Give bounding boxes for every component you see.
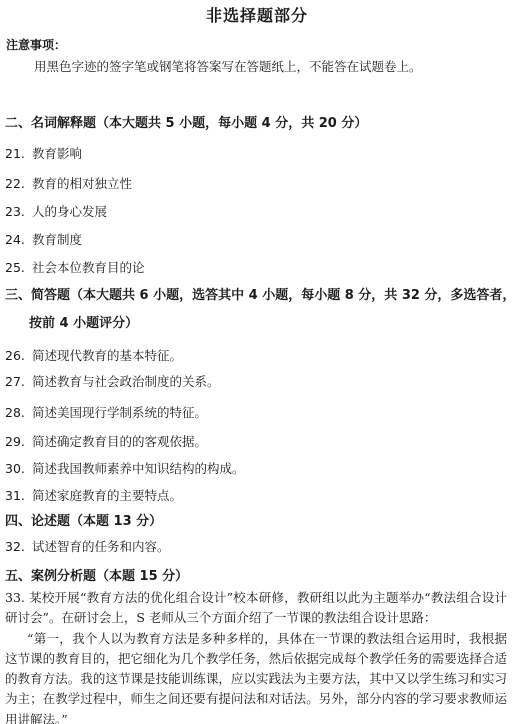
question-text: 简述美国现行学制系统的特征。 xyxy=(32,405,207,420)
question-27: 27.简述教育与社会政治制度的关系。 xyxy=(5,372,220,390)
question-33-case: 33. 某校开展“教育方法的优化组合设计”校本研修，教研组以此为主题举办“教法组… xyxy=(5,588,507,724)
question-text: 教育的相对独立性 xyxy=(32,176,132,191)
question-number: 33. xyxy=(5,590,25,605)
section-heading-2: 二、名词解释题（本大题共 5 小题，每小题 4 分，共 20 分） xyxy=(5,112,367,131)
question-text: 人的身心发展 xyxy=(32,204,107,219)
notice-text: 用黑色字迹的签字笔或钢笔将答案写在答题纸上，不能答在试题卷上。 xyxy=(34,57,422,75)
question-number: 25. xyxy=(5,260,32,275)
question-text: 社会本位教育目的论 xyxy=(32,260,145,275)
section-heading-3: 三、简答题（本大题共 6 小题，选答其中 4 小题，每小题 8 分，共 32 分… xyxy=(5,284,514,303)
question-23: 23.人的身心发展 xyxy=(5,202,107,220)
question-number: 23. xyxy=(5,204,32,219)
question-text: 试述智育的任务和内容。 xyxy=(32,539,170,554)
case-quote-text: “第一，我个人以为教育方法是多种多样的，具体在一节课的教法组合运用时，我根据这节… xyxy=(5,631,507,724)
question-text: 教育影响 xyxy=(32,146,82,161)
case-text: 某校开展“教育方法的优化组合设计”校本研修，教研组以此为主题举办“教法组合设计研… xyxy=(5,590,507,625)
question-text: 简述家庭教育的主要特点。 xyxy=(32,488,182,503)
question-number: 22. xyxy=(5,176,32,191)
question-number: 24. xyxy=(5,232,32,247)
question-text: 简述教育与社会政治制度的关系。 xyxy=(32,374,220,389)
question-number: 29. xyxy=(5,434,32,449)
section-heading-4: 四、论述题（本题 13 分） xyxy=(5,510,162,529)
question-28: 28.简述美国现行学制系统的特征。 xyxy=(5,403,207,421)
question-32: 32.试述智育的任务和内容。 xyxy=(5,537,170,555)
question-text: 简述现代教育的基本特征。 xyxy=(32,348,182,363)
question-text: 简述我国教师素养中知识结构的构成。 xyxy=(32,461,245,476)
question-number: 32. xyxy=(5,539,32,554)
question-25: 25.社会本位教育目的论 xyxy=(5,258,145,276)
question-22: 22.教育的相对独立性 xyxy=(5,174,132,192)
case-quote: “第一，我个人以为教育方法是多种多样的，具体在一节课的教法组合运用时，我根据这节… xyxy=(5,629,507,724)
question-number: 26. xyxy=(5,348,32,363)
question-21: 21.教育影响 xyxy=(5,144,82,162)
question-number: 31. xyxy=(5,488,32,503)
question-24: 24.教育制度 xyxy=(5,230,82,248)
question-30: 30.简述我国教师素养中知识结构的构成。 xyxy=(5,459,245,477)
section-heading-3-continued: 按前 4 小题评分） xyxy=(29,312,138,331)
question-number: 28. xyxy=(5,405,32,420)
question-number: 30. xyxy=(5,461,32,476)
case-intro: 33. 某校开展“教育方法的优化组合设计”校本研修，教研组以此为主题举办“教法组… xyxy=(5,588,507,629)
page-title: 非选择题部分 xyxy=(0,3,514,26)
section-heading-5: 五、案例分析题（本题 15 分） xyxy=(5,565,188,584)
question-number: 21. xyxy=(5,146,32,161)
question-31: 31.简述家庭教育的主要特点。 xyxy=(5,486,182,504)
question-29: 29.简述确定教育目的的客观依据。 xyxy=(5,432,207,450)
question-text: 简述确定教育目的的客观依据。 xyxy=(32,434,207,449)
notice-label: 注意事项： xyxy=(6,36,66,53)
question-number: 27. xyxy=(5,374,32,389)
question-text: 教育制度 xyxy=(32,232,82,247)
question-26: 26.简述现代教育的基本特征。 xyxy=(5,346,182,364)
